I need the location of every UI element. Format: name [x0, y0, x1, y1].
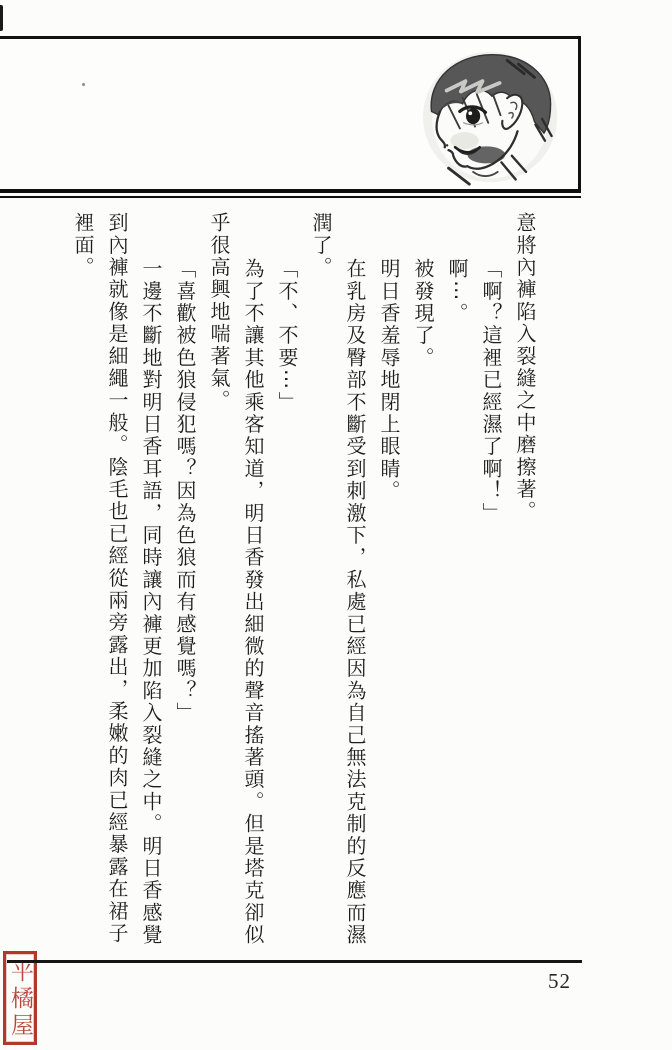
header-illustration-box — [0, 36, 581, 193]
text-column: 乎很高興地喘著氣。 — [201, 212, 235, 968]
text-column: 「啊？這裡已經濕了啊！」 — [473, 212, 507, 968]
text-column: 被發現了。 — [405, 212, 439, 968]
text-column: 一邊不斷地對明日香耳語，同時讓內褲更加陷入裂縫之中。明日香感覺 — [133, 212, 167, 968]
novel-page: 意將內褲陷入裂縫之中磨擦著。「啊？這裡已經濕了啊！」啊⋯。被發現了。明日香羞辱地… — [0, 0, 672, 1050]
text-column: 「喜歡被色狼侵犯嗎？因為色狼而有感覺嗎？」 — [167, 212, 201, 968]
paper-speck — [82, 83, 85, 86]
text-column: 明日香羞辱地閉上眼睛。 — [371, 212, 405, 968]
seal-text: 平橘屋 — [8, 959, 33, 1040]
page-number: 52 — [548, 969, 571, 994]
text-column: 「不、不要⋯」 — [269, 212, 303, 968]
manga-face-illustration — [418, 49, 566, 187]
text-column: 在乳房及臀部不斷受到刺激下，私處已經因為自己無法克制的反應而濕 — [337, 212, 371, 968]
text-column: 裡面。 — [65, 212, 99, 968]
text-column: 到內褲就像是細繩一般。陰毛也已經從兩旁露出，柔嫩的肉已經暴露在裙子 — [99, 212, 133, 968]
footer-rule — [7, 960, 582, 963]
scan-artifact-mark — [0, 5, 3, 31]
text-column: 啊⋯。 — [439, 212, 473, 968]
vertical-text-area: 意將內褲陷入裂縫之中磨擦著。「啊？這裡已經濕了啊！」啊⋯。被發現了。明日香羞辱地… — [65, 212, 541, 968]
text-column: 意將內褲陷入裂縫之中磨擦著。 — [507, 212, 541, 968]
publisher-seal: 平橘屋 — [3, 951, 37, 1045]
text-column: 潤了。 — [303, 212, 337, 968]
text-column: 為了不讓其他乘客知道，明日香發出細微的聲音搖著頭。但是塔克卻似 — [235, 212, 269, 968]
